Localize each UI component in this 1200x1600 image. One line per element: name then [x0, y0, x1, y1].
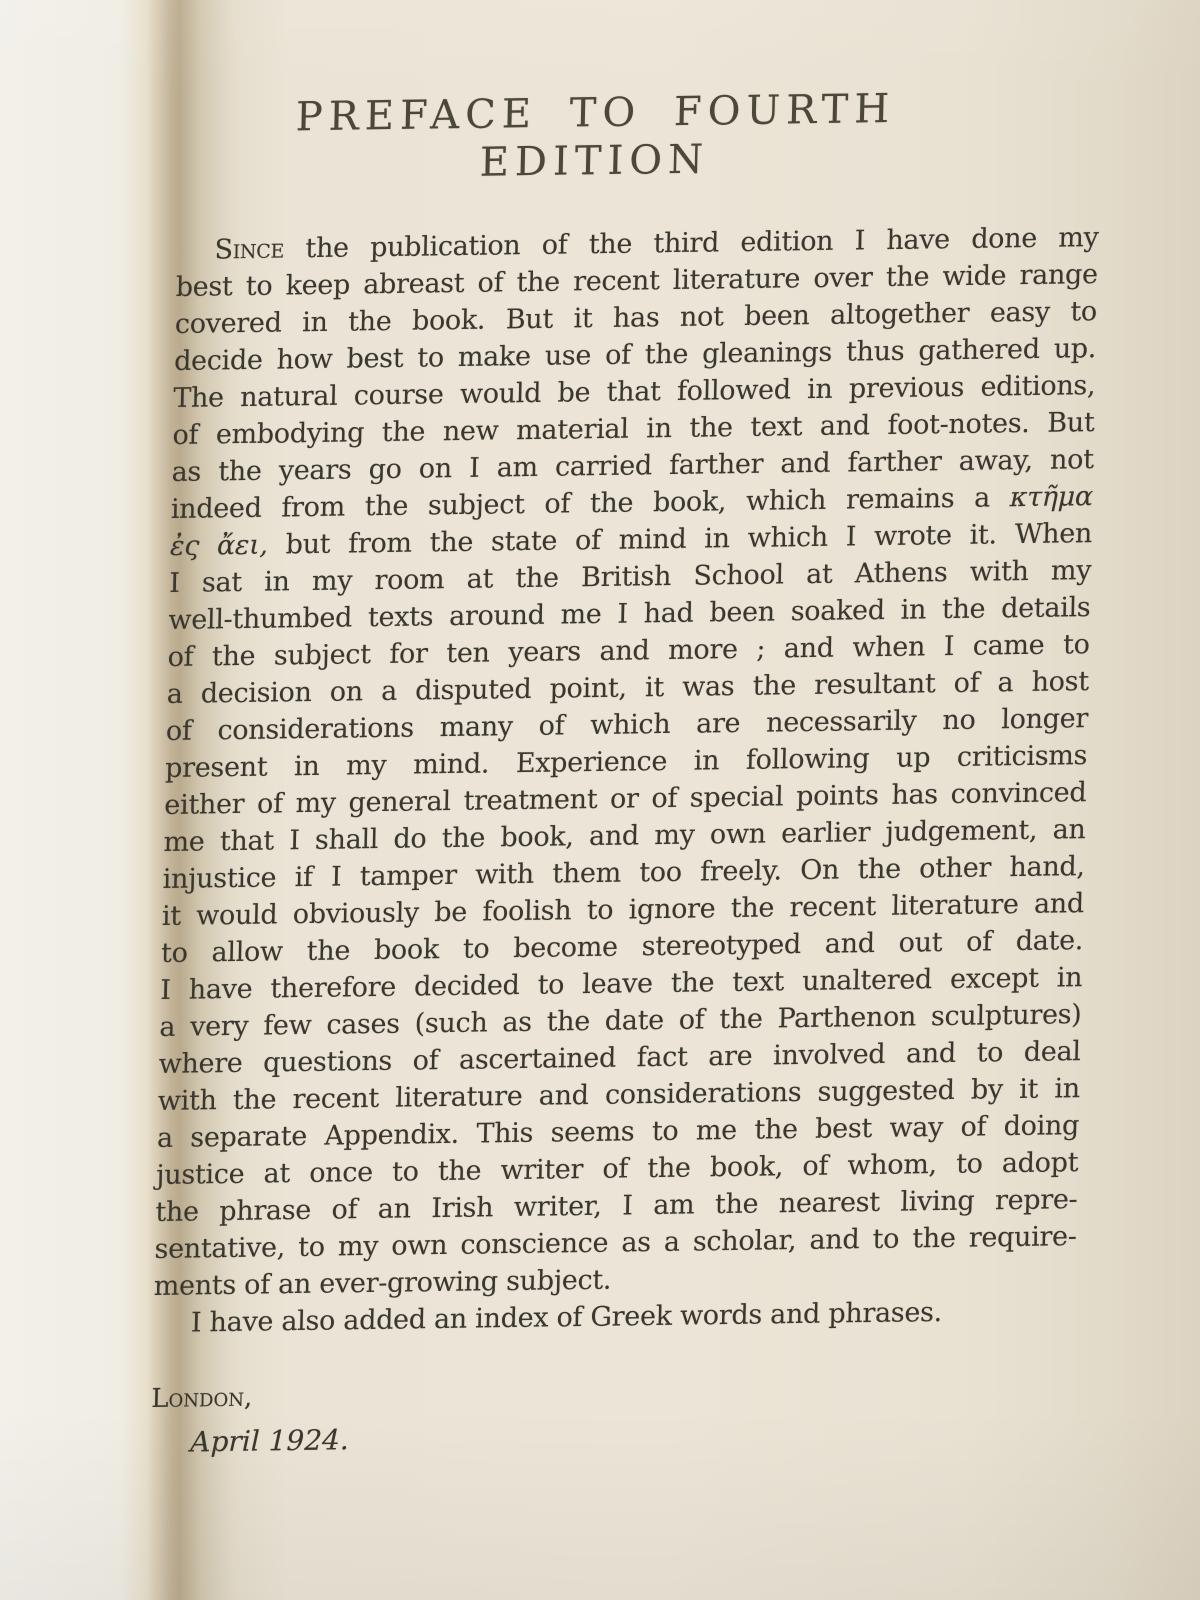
preface-body: Since the publication of the third editi… [153, 219, 1099, 1342]
colophon: London, April 1924. [150, 1362, 1074, 1463]
text-segment: I have also added an index of Greek word… [191, 1297, 943, 1339]
greek-phrase: κτῆμα [1009, 481, 1093, 513]
page-title: PREFACE TO FOURTH EDITION [178, 83, 1012, 191]
text-segment: ments of an ever-growing subject. [153, 1265, 611, 1302]
book-photo: PREFACE TO FOURTH EDITION Since the publ… [0, 0, 1200, 1600]
text-segment: Since [214, 233, 284, 265]
greek-phrase: ἐς ἄει, [170, 530, 268, 562]
book-page: PREFACE TO FOURTH EDITION Since the publ… [150, 82, 1102, 1463]
